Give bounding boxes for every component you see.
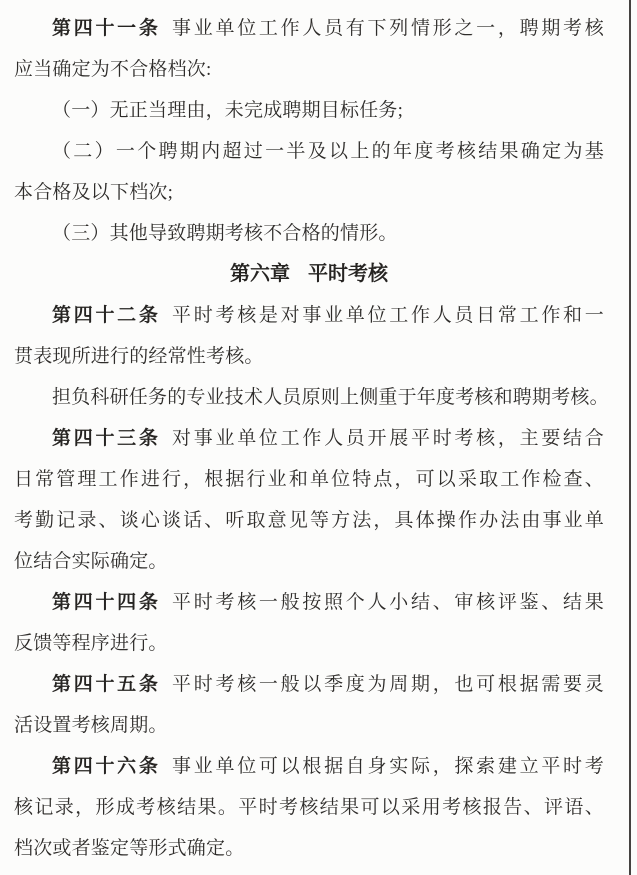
text-line: 核记录，形成考核结果。平时考核结果可以采用考核报告、评语、 (14, 787, 604, 828)
text-line: 活设置考核周期。 (14, 705, 604, 746)
paragraph-block: （一）无正当理由，未完成聘期目标任务; (14, 90, 604, 131)
article-block: 第四十六条事业单位可以根据自身实际，探索建立平时考核记录，形成考核结果。平时考核… (14, 746, 604, 869)
text-line: 第四十一条事业单位工作人员有下列情形之一，聘期考核 (14, 8, 604, 49)
text-line: 反馈等程序进行。 (14, 623, 604, 664)
article-number: 第四十一条 (52, 18, 161, 39)
text-line: 第四十三条对事业单位工作人员开展平时考核，主要结合 (14, 418, 604, 459)
text-line: 档次或者鉴定等形式确定。 (14, 828, 604, 869)
article-block: 第四十四条平时考核一般按照个人小结、审核评鉴、结果反馈等程序进行。 (14, 582, 604, 664)
article-block: 第四十五条平时考核一般以季度为周期，也可根据需要灵活设置考核周期。 (14, 664, 604, 746)
article-text: 平时考核一般以季度为周期，也可根据需要灵 (172, 674, 604, 695)
article-block: 第四十一条事业单位工作人员有下列情形之一，聘期考核应当确定为不合格档次: (14, 8, 604, 90)
text-line: 担负科研任务的专业技术人员原则上侧重于年度考核和聘期考核。 (14, 377, 604, 418)
text-line: 日常管理工作进行，根据行业和单位特点，可以采取工作检查、 (14, 459, 604, 500)
article-block: 第四十三条对事业单位工作人员开展平时考核，主要结合日常管理工作进行，根据行业和单… (14, 418, 604, 582)
text-line: 第四十二条平时考核是对事业单位工作人员日常工作和一 (14, 295, 604, 336)
page-edge-line (629, 0, 631, 875)
article-text: 平时考核是对事业单位工作人员日常工作和一 (172, 305, 604, 326)
document-page: 第四十一条事业单位工作人员有下列情形之一，聘期考核应当确定为不合格档次:（一）无… (0, 0, 637, 875)
text-line: 位结合实际确定。 (14, 541, 604, 582)
text-line: （一）无正当理由，未完成聘期目标任务; (14, 90, 604, 131)
text-line: 本合格及以下档次; (14, 172, 604, 213)
text-line: （二）一个聘期内超过一半及以上的年度考核结果确定为基 (14, 131, 604, 172)
article-number: 第四十六条 (52, 756, 161, 777)
article-block: 第四十二条平时考核是对事业单位工作人员日常工作和一贯表现所进行的经常性考核。 (14, 295, 604, 377)
text-line: 应当确定为不合格档次: (14, 49, 604, 90)
text-line: 第四十五条平时考核一般以季度为周期，也可根据需要灵 (14, 664, 604, 705)
text-line: 考勤记录、谈心谈话、听取意见等方法，具体操作办法由事业单 (14, 500, 604, 541)
article-text: 对事业单位工作人员开展平时考核，主要结合 (172, 428, 604, 449)
text-line: （三）其他导致聘期考核不合格的情形。 (14, 213, 604, 254)
paragraph-block: 担负科研任务的专业技术人员原则上侧重于年度考核和聘期考核。 (14, 377, 604, 418)
article-number: 第四十五条 (52, 674, 161, 695)
paragraph-block: （三）其他导致聘期考核不合格的情形。 (14, 213, 604, 254)
document-content: 第四十一条事业单位工作人员有下列情形之一，聘期考核应当确定为不合格档次:（一）无… (14, 8, 604, 869)
chapter-title: 平时考核 (308, 263, 388, 285)
article-text: 事业单位工作人员有下列情形之一，聘期考核 (172, 18, 604, 39)
text-line: 贯表现所进行的经常性考核。 (14, 336, 604, 377)
chapter-heading: 第六章平时考核 (14, 254, 604, 295)
article-number: 第四十四条 (52, 592, 161, 613)
article-text: 平时考核一般按照个人小结、审核评鉴、结果 (172, 592, 604, 613)
paragraph-block: （二）一个聘期内超过一半及以上的年度考核结果确定为基本合格及以下档次; (14, 131, 604, 213)
text-line: 第四十六条事业单位可以根据自身实际，探索建立平时考 (14, 746, 604, 787)
article-number: 第四十二条 (52, 305, 161, 326)
text-line: 第四十四条平时考核一般按照个人小结、审核评鉴、结果 (14, 582, 604, 623)
chapter-number: 第六章 (230, 263, 290, 285)
article-text: 事业单位可以根据自身实际，探索建立平时考 (172, 756, 604, 777)
article-number: 第四十三条 (52, 428, 161, 449)
